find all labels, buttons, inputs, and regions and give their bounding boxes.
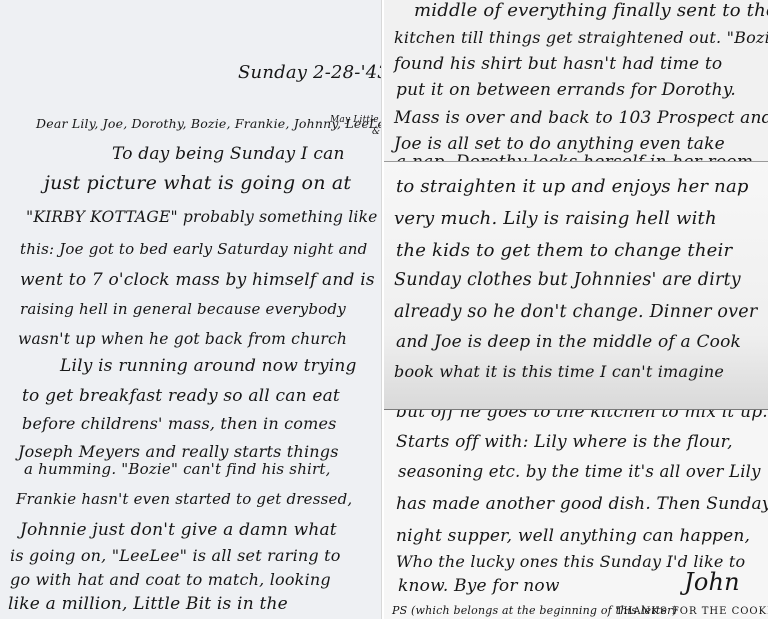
letter-line: kitchen till things get straightened out… [394, 28, 768, 47]
letter-line: put it on between errands for Dorothy. [396, 80, 736, 100]
letter-strip-1: middle of everything finally sent to the… [384, 0, 768, 162]
letter-line: is going on, "LeeLee" is all set raring … [10, 546, 341, 565]
letter-line: middle of everything finally sent to the [414, 0, 768, 21]
letter-line: Johnnie just don't give a damn what [20, 520, 337, 540]
letter-line: book what it is this time I can't imagin… [394, 362, 724, 381]
letter-line: Lily is running around now trying [60, 356, 357, 376]
letter-line: wasn't up when he got back from church [18, 330, 347, 348]
letter-line: to get breakfast ready so all can eat [22, 386, 340, 406]
letter-line: night supper, well anything can happen, [396, 526, 750, 546]
letter-line: this: Joe got to bed early Saturday nigh… [20, 240, 367, 258]
letter-line: just picture what is going on at [44, 172, 351, 194]
letter-line: Starts off with: Lily where is the flour… [396, 432, 733, 452]
letter-line: go with hat and coat to match, looking [10, 570, 331, 589]
letter-line: raising hell in general because everybod… [20, 300, 346, 318]
letter-line: but off he goes to the kitchen to mix it… [396, 410, 768, 422]
letter-line: went to 7 o'clock mass by himself and is [20, 270, 375, 290]
letter-strip-2: to straighten it up and enjoys her nap v… [384, 162, 768, 410]
letter-line: very much. Lily is raising hell with [394, 208, 717, 229]
letter-line: Sunday clothes but Johnnies' are dirty [394, 270, 741, 290]
letter-line: a humming. "Bozie" can't find his shirt, [24, 460, 331, 478]
letter-signature: John [684, 568, 740, 596]
letter-greeting-tail2: & [372, 127, 380, 137]
letter-line: and Joe is deep in the middle of a Cook [396, 332, 741, 352]
letter-strip-3: but off he goes to the kitchen to mix it… [384, 410, 768, 619]
letter-page-left: Sunday 2-28-'43 Dear Lily, Joe, Dorothy,… [0, 0, 382, 619]
letter-line: found his shirt but hasn't had time to [394, 54, 722, 74]
letter-greeting-tail: May Little [330, 115, 379, 125]
letter-line: Joe is all set to do anything even take [394, 134, 725, 154]
letter-line: Joseph Meyers and really starts things [18, 442, 339, 461]
letter-line: the kids to get them to change their [396, 240, 732, 261]
letter-line: know. Bye for now [398, 576, 560, 596]
letter-line: already so he don't change. Dinner over [394, 302, 757, 322]
letter-line: Frankie hasn't even started to get dress… [16, 490, 352, 508]
letter-line: "KIRBY KOTTAGE" probably something like [26, 208, 378, 226]
letter-line: like a million, Little Bit is in the [8, 594, 288, 614]
letter-line: Mass is over and back to 103 Prospect an… [394, 108, 768, 128]
letter-postscript-caps: THANKS FOR THE COOKIES [616, 606, 768, 617]
letter-line: has made another good dish. Then Sunday [396, 494, 768, 514]
letter-line: a nap. Dorothy locks herself in her room [396, 152, 753, 162]
letter-line: before childrens' mass, then in comes [22, 414, 337, 433]
letter-line: seasoning etc. by the time it's all over… [398, 462, 761, 481]
letter-line: to straighten it up and enjoys her nap [396, 176, 749, 197]
letter-line: To day being Sunday I can [112, 144, 345, 164]
letter-date: Sunday 2-28-'43 [238, 62, 382, 83]
